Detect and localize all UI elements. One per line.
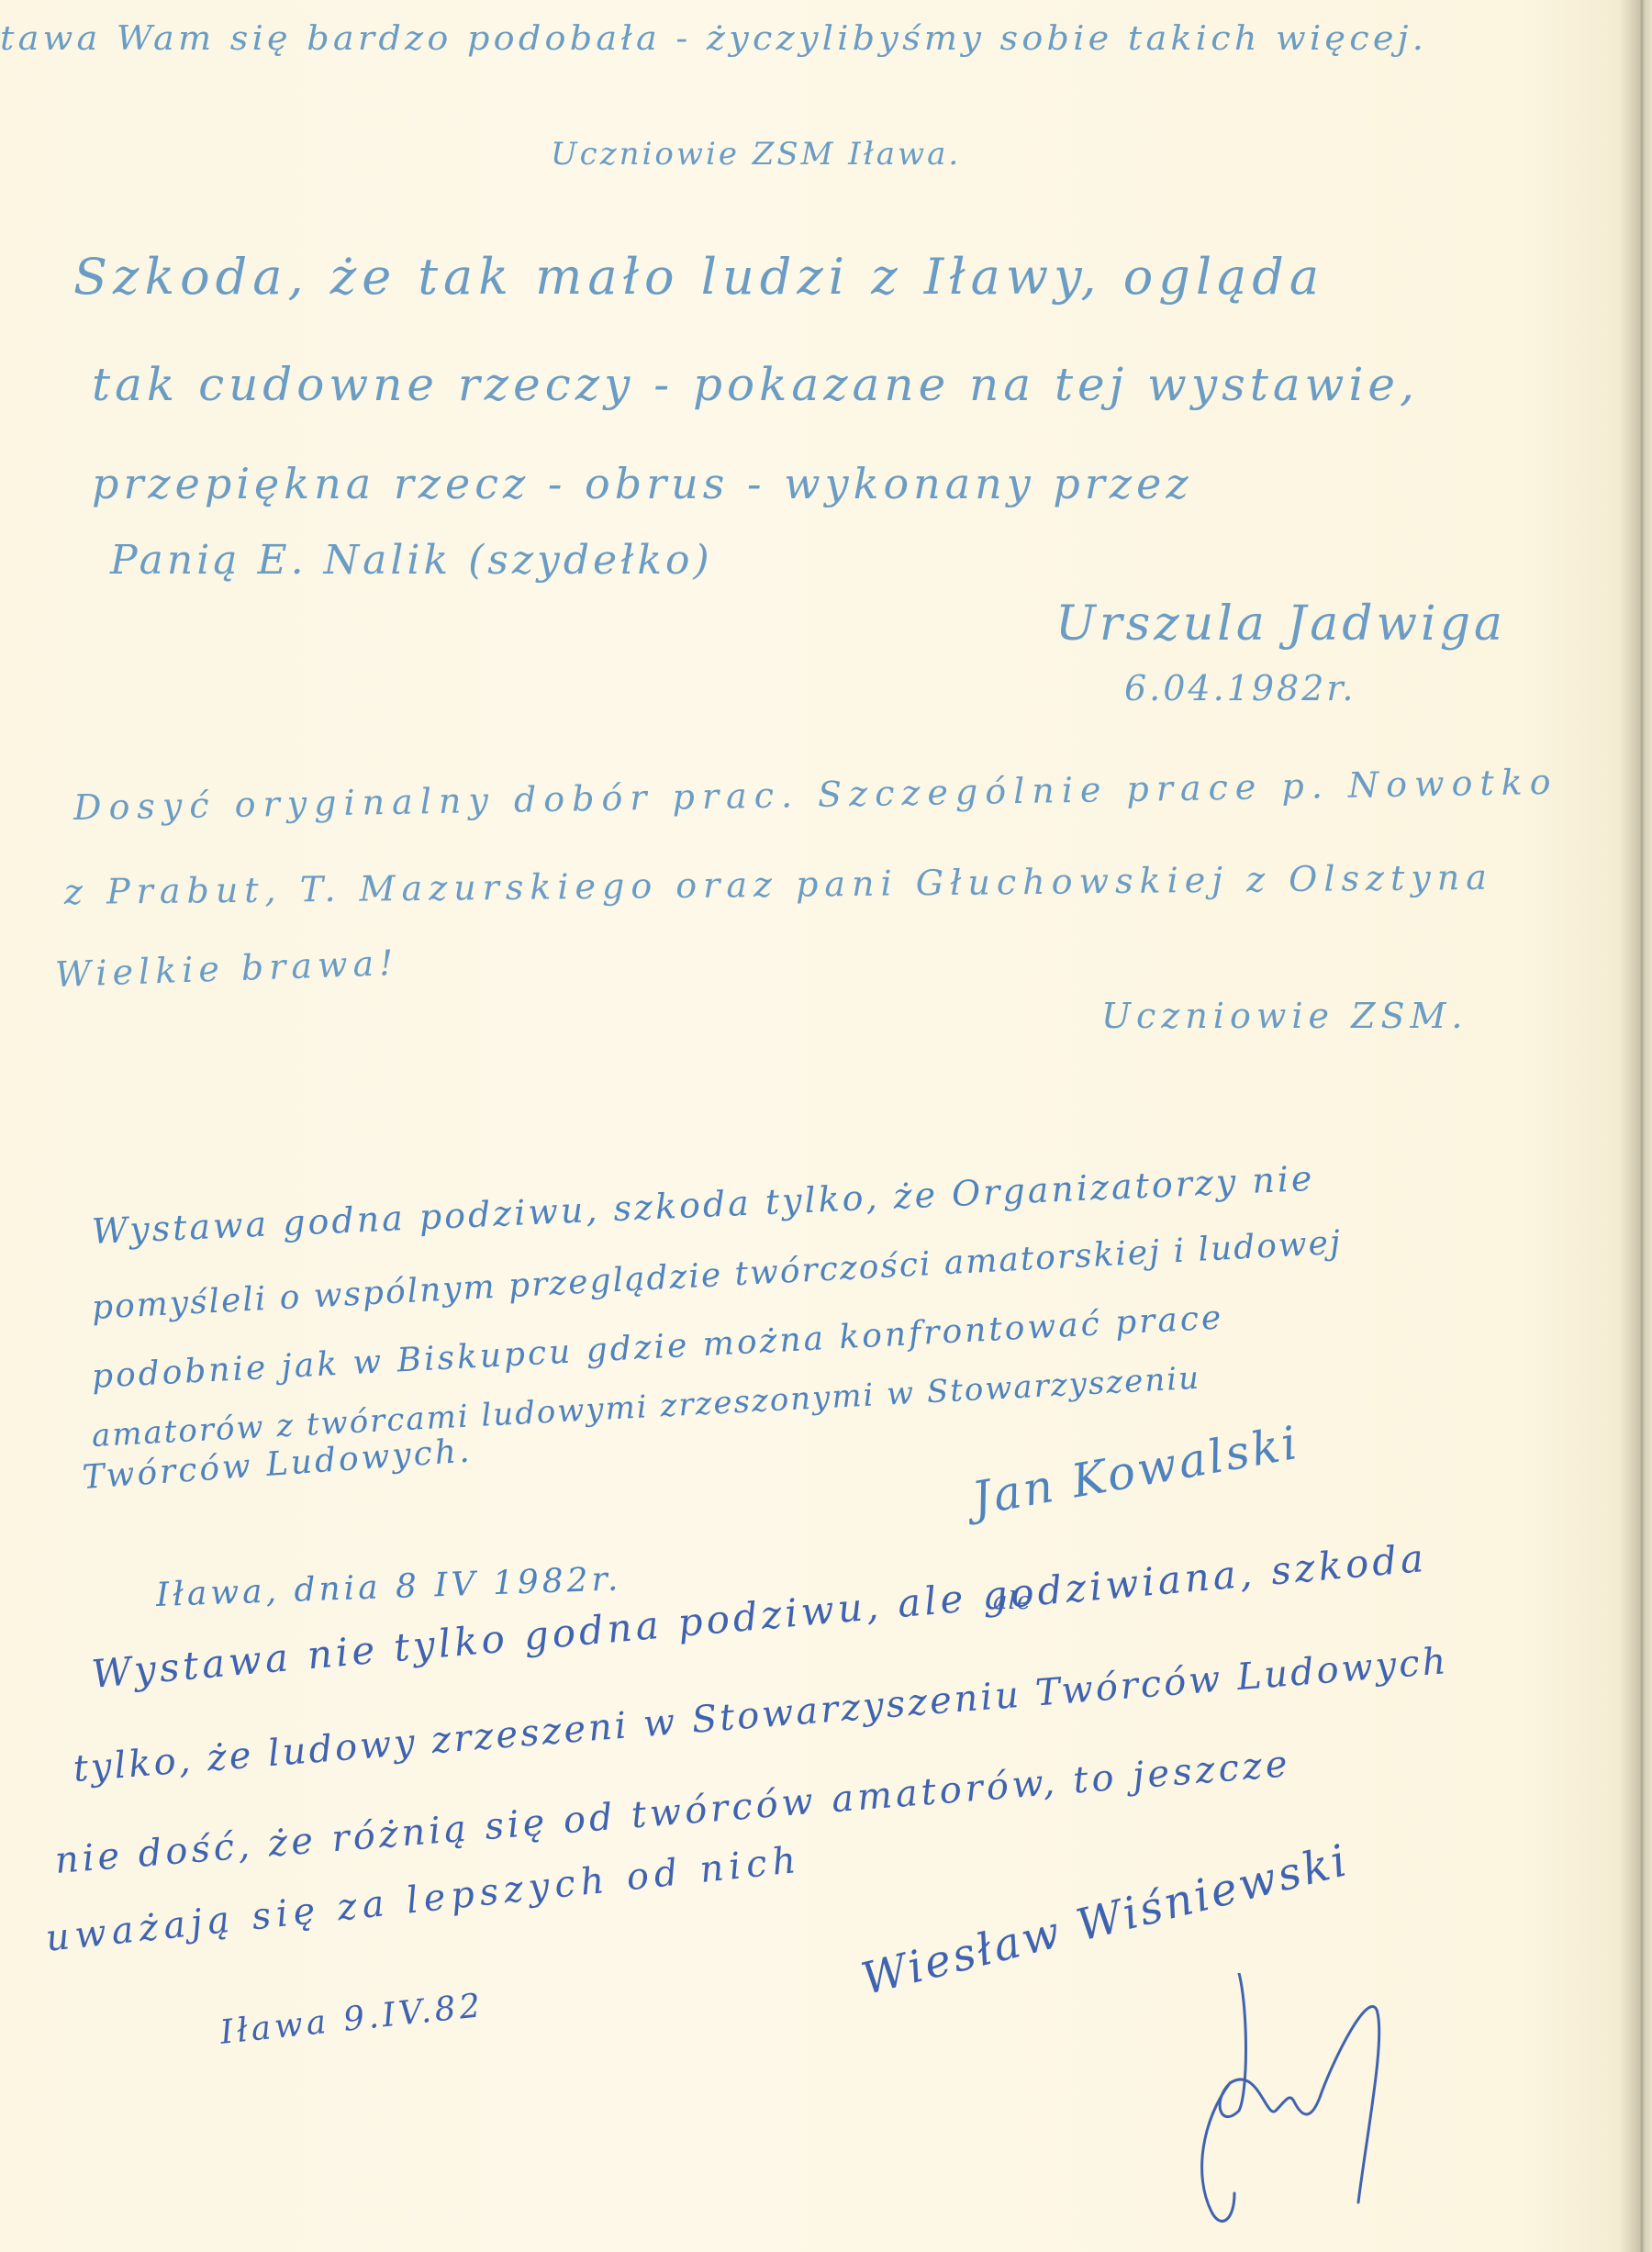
- entry-5-place-date: Iława, dnia 8 IV 1982r.: [155, 1560, 622, 1614]
- entry-3-signature: Uczniowie ZSM.: [1101, 996, 1468, 1036]
- entry-5-date: Iława 9.IV.82: [218, 1987, 486, 2052]
- entry-3-line-1: Dosyć oryginalny dobór prac. Szczególnie…: [73, 762, 1558, 828]
- entry-5-scribble-signature-icon: [1184, 1973, 1423, 2248]
- entry-2-line-4: Panią E. Nalik (szydełko): [110, 537, 713, 584]
- entry-3-line-2: z Prabut, T. Mazurskiego oraz pani Głuch…: [64, 857, 1493, 912]
- entry-3-line-3: Wielkie brawa!: [54, 942, 399, 995]
- book-spine-edge: [1639, 0, 1645, 2252]
- entry-2-date: 6.04.1982r.: [1124, 668, 1356, 708]
- entry-2-line-3: przepiękna rzecz - obrus - wykonany prze…: [92, 459, 1193, 508]
- entry-4-signature: Jan Kowalski: [968, 1416, 1303, 1526]
- entry-2-signature: Urszula Jadwiga: [1055, 596, 1506, 652]
- entry-2-line-1: Szkoda, że tak mało ludzi z Iławy, ogląd…: [73, 248, 1324, 306]
- entry-1-signature: Uczniowie ZSM Iława.: [551, 136, 961, 173]
- guestbook-page: tawa Wam się bardzo podobała - życzyliby…: [0, 0, 1652, 2252]
- entry-2-line-2: tak cudowne rzeczy - pokazane na tej wys…: [92, 358, 1419, 411]
- entry-1-line-1: tawa Wam się bardzo podobała - życzyliby…: [0, 20, 1427, 58]
